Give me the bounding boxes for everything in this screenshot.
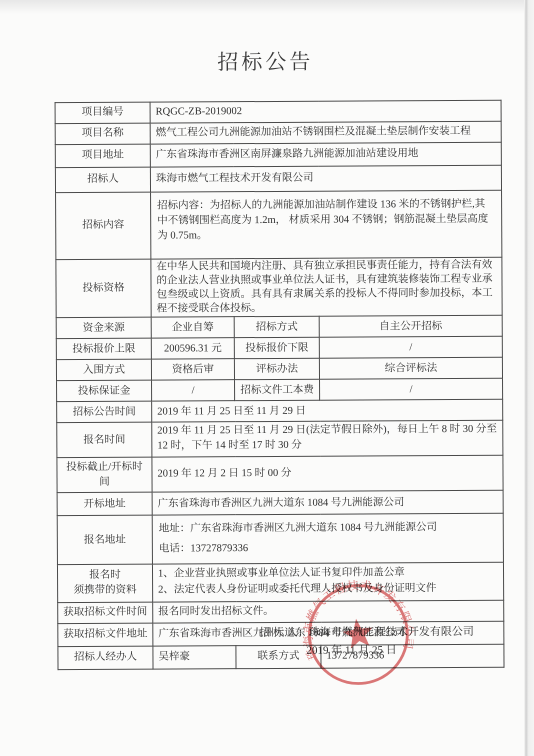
row-label: 招标内容 [56,192,151,259]
row-label: 招标人经办人 [58,646,153,669]
announcement-table: 项目编号 RQGC-ZB-2019002 项目名称 燃气工程公司九洲能源加油站不… [55,100,505,670]
row-value: 资格后审 [151,359,234,380]
table-row-registration-time: 报名时间 2019 年 11 月 25 日至 11 月 29 日(法定节假日除外… [57,421,503,458]
table-row-bid-opening-address: 开标地址 广东省珠海市香洲区九洲大道东 1084 号九洲能源公司 [57,491,503,516]
table-row-document-issue-time: 获取招标文件时间 报名同时发出招标文件。 [58,600,504,623]
row-label2: 招标文件工本费 [235,380,320,401]
table-row-shortlist-method: 入围方式 资格后审 评标办法 综合评标法 [56,358,502,381]
row-label: 项目编号 [55,102,150,123]
row-value: 燃气工程公司九洲能源加油站不锈钢围栏及混凝土垫层制作安装工程 [150,121,501,144]
company-seal-stamp: 珠海市燃气工程技术开发有限公司 [294,570,423,699]
row-label2: 评标办法 [234,359,319,380]
table-row-project-name: 项目名称 燃气工程公司九洲能源加油站不锈钢围栏及混凝土垫层制作安装工程 [55,121,501,144]
seal-company-text: 珠海市燃气工程技术开发有限公司 [294,571,418,667]
row-value: 招标内容：为招标人的九洲能源加油站制作建设 136 米的不锈钢护栏,其中不锈钢围… [151,190,502,258]
row-label2: 招标方式 [234,317,319,338]
row-label: 投标资格 [56,259,151,318]
table-row-project-number: 项目编号 RQGC-ZB-2019002 [55,100,501,123]
table-row-bid-price-limit: 投标报价上限 200596.31 元 投标报价下限 / [56,337,502,360]
row-value: 2019 年 12 月 2 日 15 时 00 分 [152,455,503,492]
row-value: / [152,380,235,401]
row-label: 报名时 须携带的资料 [57,564,152,602]
row-label: 投标保证金 [57,381,152,402]
row-label: 投标报价上限 [56,339,151,360]
table-row-tenderer: 招标人 珠海市燃气工程技术开发有限公司 [55,165,501,192]
row-label: 项目名称 [55,123,150,144]
row-value: 企业自筹 [151,317,234,338]
row-label: 报名时间 [57,423,152,458]
row-value: 200596.31 元 [151,338,234,359]
star-icon [341,616,375,649]
row-label: 获取招标文件地址 [58,623,153,646]
row-value: RQGC-ZB-2019002 [150,100,501,123]
row-value: 地址：广东省珠海市香洲区九洲大道东 1084 号九洲能源公司 电话：137278… [152,514,503,565]
row-label: 项目地址 [55,144,150,167]
row-label: 报名地址 [57,515,152,564]
row-value: 吴梓豪 [153,645,236,668]
table-row-bid-deadline: 投标截止/开标时间 2019 年 12 月 2 日 15 时 00 分 [57,455,503,493]
row-value: 广东省珠海市香洲区九洲大道东 1084 号九洲能源公司 [152,491,503,516]
table-row-bidder-qualification: 投标资格 在中华人民共和国境内注册、具有独立承担民事责任能力，持有合法有效的企业… [56,257,502,318]
row-value2: / [320,379,503,401]
row-value: 珠海市燃气工程技术开发有限公司 [150,165,501,192]
row-label: 投标截止/开标时间 [57,457,152,493]
row-value2: 自主公开招标 [319,316,502,338]
row-label: 入围方式 [56,360,151,381]
scanned-document-page: 招标公告 项目编号 RQGC-ZB-2019002 项目名称 燃气工程公司九洲能… [0,0,534,756]
document-content: 招标公告 项目编号 RQGC-ZB-2019002 项目名称 燃气工程公司九洲能… [0,0,534,756]
row-label: 招标公告时间 [57,402,152,423]
row-label: 开标地址 [57,492,152,515]
svg-text:珠海市燃气工程技术开发有限公司: 珠海市燃气工程技术开发有限公司 [294,571,418,667]
table-row-announcement-time: 招标公告时间 2019 年 11 月 25 日至 11 月 29 日 [57,400,503,423]
row-label: 获取招标文件时间 [58,602,153,623]
table-row-bid-deposit: 投标保证金 / 招标文件工本费 / [57,379,503,402]
row-label: 资金来源 [56,318,151,339]
table-row-funding-source: 资金来源 企业自筹 招标方式 自主公开招标 [56,316,502,339]
row-value: 2019 年 11 月 25 日至 11 月 29 日(法定节假日除外)，每日上… [152,421,503,457]
row-value2: 综合评标法 [319,358,502,380]
row-label2: 投标报价下限 [234,338,319,359]
table-row-registration-address: 报名地址 地址：广东省珠海市香洲区九洲大道东 1084 号九洲能源公司 电话：1… [57,514,503,565]
page-title: 招标公告 [0,0,532,77]
row-value: 在中华人民共和国境内注册、具有独立承担民事责任能力，持有合法有效的企业法人营业执… [151,257,502,318]
table-row-tender-content: 招标内容 招标内容：为招标人的九洲能源加油站制作建设 136 米的不锈钢护栏,其… [56,190,502,259]
table-row-project-address: 项目地址 广东省珠海市香洲区南屏濂泉路九洲能源加油站建设用地 [55,142,501,167]
row-value: 2019 年 11 月 25 日至 11 月 29 日 [152,400,503,423]
table-row-required-documents: 报名时 须携带的资料 1、企业营业执照或事业单位法人证书复印件加盖公章 2、法定… [57,562,503,602]
row-value: 广东省珠海市香洲区南屏濂泉路九洲能源加油站建设用地 [150,142,501,167]
row-value2: / [319,337,502,359]
row-label: 招标人 [55,167,150,192]
